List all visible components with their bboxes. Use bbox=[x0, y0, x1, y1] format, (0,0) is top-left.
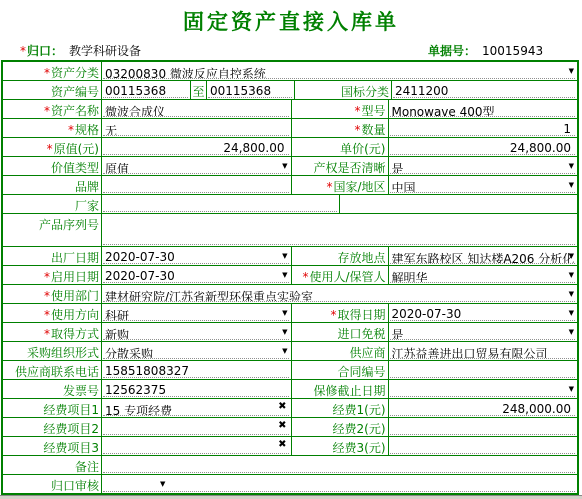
dropdown-arrow-icon[interactable]: ▼ bbox=[282, 272, 287, 279]
custodian-label: 使用人/保管人 bbox=[309, 270, 385, 284]
warranty-date-label: 保修截止日期 bbox=[313, 384, 385, 398]
dropdown-arrow-icon[interactable]: ▼ bbox=[569, 386, 574, 393]
serial-no-cell bbox=[102, 214, 577, 246]
supplier-phone-cell: 15851808327 bbox=[102, 361, 291, 379]
required-marker: * bbox=[44, 327, 50, 341]
purchase-org-cell: 分散采购▼ bbox=[102, 342, 291, 360]
purchase-org-label: 采购组织形式 bbox=[27, 346, 99, 360]
required-marker: * bbox=[44, 308, 50, 322]
fund-item-2-cell: ✖ bbox=[102, 418, 291, 436]
warranty-date-cell: ▼ bbox=[389, 380, 578, 398]
unit-price-label: 单价(元) bbox=[340, 142, 385, 156]
form-row: *使用部门建材研究院/江苏省新型环保重点实验室▼ bbox=[3, 285, 577, 304]
asset-class-label-cell: *资产分类 bbox=[3, 62, 102, 80]
fund-amount-3-input[interactable] bbox=[390, 438, 576, 454]
required-marker: * bbox=[326, 180, 332, 194]
import-tax-free-label-cell: 进口免税 bbox=[291, 323, 389, 341]
spec-input[interactable]: 无 bbox=[103, 120, 289, 136]
national-class-label-cell: 国标分类 bbox=[294, 81, 392, 99]
fund-item-1-value: 15 专项经费 bbox=[105, 404, 172, 416]
value-type-value: 原值 bbox=[105, 162, 129, 174]
dropdown-arrow-icon[interactable]: ▼ bbox=[160, 481, 165, 488]
required-marker: * bbox=[44, 289, 50, 303]
form-row: *资产名称微波合成仪*型号Monowave 400型 bbox=[3, 100, 577, 119]
custodian-label-cell: *使用人/保管人 bbox=[291, 266, 389, 284]
brand-label: 品牌 bbox=[75, 180, 99, 194]
storage-location-label: 存放地点 bbox=[337, 251, 385, 265]
asset-no-to-value: 00115368 bbox=[210, 84, 271, 98]
fund-amount-1-cell: 248,000.00 bbox=[389, 399, 578, 417]
form-row: 经费项目2✖经费2(元) bbox=[3, 418, 577, 437]
contract-no-cell bbox=[389, 361, 578, 379]
invoice-no-value: 12562375 bbox=[105, 383, 166, 397]
dropdown-arrow-icon[interactable]: ▼ bbox=[569, 329, 574, 336]
dropdown-arrow-icon[interactable]: ▼ bbox=[282, 163, 287, 170]
asset-class-label: 资产分类 bbox=[51, 66, 99, 80]
review-label: 归口审核 bbox=[51, 479, 99, 493]
model-cell: Monowave 400型 bbox=[389, 100, 578, 118]
serial-no-label-cell: 产品序列号 bbox=[3, 214, 102, 246]
supplier-phone-value: 15851808327 bbox=[105, 364, 189, 378]
manufacturer-input[interactable] bbox=[103, 196, 337, 212]
form-table: *资产分类03200830 微波反应自控系统▼资产编号00115368至0011… bbox=[1, 60, 579, 495]
supplier-phone-label: 供应商联系电话 bbox=[15, 365, 99, 379]
docno-label: 单据号： bbox=[428, 44, 476, 58]
manufacturer-cell bbox=[102, 195, 339, 213]
start-date-label-cell: *启用日期 bbox=[3, 266, 102, 284]
fund-item-2-input[interactable]: ✖ bbox=[103, 419, 289, 435]
form-row: 采购组织形式分散采购▼供应商江苏益善进出口贸易有限公司 bbox=[3, 342, 577, 361]
page-title: 固定资产直接入库单 bbox=[0, 6, 582, 36]
fund-amount-1-value: 248,000.00 bbox=[502, 402, 571, 416]
form-row: *启用日期2020-07-30▼*使用人/保管人解明华▼ bbox=[3, 266, 577, 285]
using-dept-label-cell: *使用部门 bbox=[3, 285, 102, 303]
factory-date-label-cell: 出厂日期 bbox=[3, 247, 102, 265]
acquire-date-cell: 2020-07-30▼ bbox=[389, 304, 578, 322]
purchase-org-label-cell: 采购组织形式 bbox=[3, 342, 102, 360]
guikou-value: 教学科研设备 bbox=[69, 44, 141, 58]
quantity-cell: 1 bbox=[389, 119, 578, 137]
asset-name-label: 资产名称 bbox=[51, 104, 99, 118]
form-row: 资产编号00115368至00115368国标分类2411200 bbox=[3, 81, 577, 100]
country-combo[interactable]: 中国▼ bbox=[390, 177, 576, 193]
window-bottom-edge bbox=[0, 495, 582, 499]
spec-label: 规格 bbox=[75, 123, 99, 137]
custodian-combo[interactable]: 解明华▼ bbox=[390, 267, 576, 283]
asset-name-label-cell: *资产名称 bbox=[3, 100, 102, 118]
acquire-method-cell: 新购▼ bbox=[102, 323, 291, 341]
factory-date-value: 2020-07-30 bbox=[105, 250, 175, 264]
country-label: 国家/地区 bbox=[333, 180, 385, 194]
contract-no-input[interactable] bbox=[390, 362, 576, 378]
model-label-cell: *型号 bbox=[291, 100, 389, 118]
model-value: Monowave 400型 bbox=[392, 105, 495, 117]
unit-price-label-cell: 单价(元) bbox=[291, 138, 389, 156]
asset-entry-form-window: 固定资产直接入库单 *归口：教学科研设备 单据号：10015943 *资产分类0… bbox=[0, 0, 582, 499]
dropdown-arrow-icon[interactable]: ▼ bbox=[569, 182, 574, 189]
fund-item-2-label: 经费项目2 bbox=[43, 422, 99, 436]
form-row: *取得方式新购▼进口免税是▼ bbox=[3, 323, 577, 342]
dropdown-arrow-icon[interactable]: ▼ bbox=[569, 253, 574, 260]
dropdown-arrow-icon[interactable]: ▼ bbox=[569, 310, 574, 317]
asset-no-from-input[interactable]: 00115368 bbox=[103, 82, 188, 98]
original-value-input[interactable]: 24,800.00 bbox=[103, 139, 289, 155]
original-value-label: 原值(元) bbox=[54, 142, 99, 156]
fund-amount-1-input[interactable]: 248,000.00 bbox=[390, 400, 576, 416]
required-marker: * bbox=[68, 123, 74, 137]
supplier-input[interactable]: 江苏益善进出口贸易有限公司 bbox=[390, 343, 576, 359]
invoice-no-label: 发票号 bbox=[63, 384, 99, 398]
fund-item-2-label-cell: 经费项目2 bbox=[3, 418, 102, 436]
value-type-combo[interactable]: 原值▼ bbox=[103, 158, 289, 174]
fund-item-3-input[interactable]: ✖ bbox=[103, 438, 289, 454]
dropdown-arrow-icon[interactable]: ▼ bbox=[569, 68, 574, 75]
start-date-value: 2020-07-30 bbox=[105, 269, 175, 283]
remarks-label: 备注 bbox=[75, 460, 99, 474]
acquire-date-label: 取得日期 bbox=[337, 308, 385, 322]
import-tax-free-combo[interactable]: 是▼ bbox=[390, 324, 576, 340]
asset-no-from-cell: 00115368 bbox=[102, 81, 190, 99]
brand-label-cell: 品牌 bbox=[3, 176, 102, 194]
unit-price-cell: 24,800.00 bbox=[389, 138, 578, 156]
clear-icon[interactable]: ✖ bbox=[278, 402, 286, 412]
invoice-no-cell: 12562375 bbox=[102, 380, 291, 398]
required-marker: * bbox=[354, 104, 360, 118]
guikou-label: 归口： bbox=[27, 44, 63, 58]
national-class-input[interactable]: 2411200 bbox=[393, 82, 575, 98]
contract-no-label: 合同编号 bbox=[337, 365, 385, 379]
asset-no-to-cell: 00115368 bbox=[207, 81, 294, 99]
property-clear-label: 产权是否清晰 bbox=[313, 161, 385, 175]
form-row: 发票号12562375保修截止日期▼ bbox=[3, 380, 577, 399]
value-type-label-cell: 价值类型 bbox=[3, 157, 102, 175]
national-class-cell: 2411200 bbox=[392, 81, 577, 99]
supplier-value: 江苏益善进出口贸易有限公司 bbox=[392, 347, 548, 359]
clear-icon[interactable]: ✖ bbox=[278, 421, 286, 431]
empty-cell bbox=[339, 195, 577, 213]
quantity-input[interactable]: 1 bbox=[390, 120, 576, 136]
dropdown-arrow-icon[interactable]: ▼ bbox=[282, 310, 287, 317]
required-marker: * bbox=[20, 44, 26, 58]
required-marker: * bbox=[47, 142, 53, 156]
fund-item-1-cell: 15 专项经费✖ bbox=[102, 399, 291, 417]
manufacturer-label: 厂家 bbox=[75, 199, 99, 213]
asset-class-value: 03200830 微波反应自控系统 bbox=[105, 67, 266, 79]
form-row: 备注 bbox=[3, 456, 577, 475]
using-dept-value: 建材研究院/江苏省新型环保重点实验室 bbox=[105, 290, 313, 302]
form-row: 厂家 bbox=[3, 195, 577, 214]
asset-no-label-cell: 资产编号 bbox=[3, 81, 102, 99]
property-clear-value: 是 bbox=[392, 162, 404, 174]
dropdown-arrow-icon[interactable]: ▼ bbox=[569, 163, 574, 170]
dropdown-arrow-icon[interactable]: ▼ bbox=[569, 272, 574, 279]
usage-direction-cell: 科研▼ bbox=[102, 304, 291, 322]
form-row: *资产分类03200830 微波反应自控系统▼ bbox=[3, 62, 577, 81]
start-date-combo[interactable]: 2020-07-30▼ bbox=[103, 267, 289, 283]
model-label: 型号 bbox=[361, 104, 385, 118]
remarks-input[interactable] bbox=[103, 457, 575, 473]
clear-icon[interactable]: ✖ bbox=[278, 440, 286, 450]
acquire-date-combo[interactable]: 2020-07-30▼ bbox=[390, 305, 576, 321]
factory-date-label: 出厂日期 bbox=[51, 251, 99, 265]
form-row: *规格无*数量1 bbox=[3, 119, 577, 138]
warranty-date-label-cell: 保修截止日期 bbox=[291, 380, 389, 398]
storage-location-combo[interactable]: 建军东路校区 知达楼A206 分析化▼ bbox=[390, 248, 576, 264]
form-row: 产品序列号 bbox=[3, 214, 577, 247]
fund-amount-1-label: 经费1(元) bbox=[333, 403, 386, 417]
review-cell: ▼ bbox=[102, 475, 577, 493]
property-clear-combo[interactable]: 是▼ bbox=[390, 158, 576, 174]
fund-item-1-input[interactable]: 15 专项经费✖ bbox=[103, 400, 289, 416]
remarks-label-cell: 备注 bbox=[3, 456, 102, 474]
warranty-date-combo[interactable]: ▼ bbox=[390, 381, 576, 397]
national-class-label: 国标分类 bbox=[341, 85, 389, 99]
dropdown-arrow-icon[interactable]: ▼ bbox=[282, 253, 287, 260]
usage-direction-combo[interactable]: 科研▼ bbox=[103, 305, 289, 321]
fund-amount-3-label: 经费3(元) bbox=[333, 441, 386, 455]
import-tax-free-label: 进口免税 bbox=[337, 327, 385, 341]
asset-no-to-input[interactable]: 00115368 bbox=[208, 82, 292, 98]
fund-amount-3-cell bbox=[389, 437, 578, 455]
asset-name-cell: 微波合成仪 bbox=[102, 100, 291, 118]
asset-class-combo[interactable]: 03200830 微波反应自控系统▼ bbox=[103, 63, 575, 79]
docno-field: 单据号：10015943 bbox=[428, 42, 543, 59]
national-class-value: 2411200 bbox=[395, 84, 448, 98]
contract-no-label-cell: 合同编号 bbox=[291, 361, 389, 379]
required-marker: * bbox=[44, 104, 50, 118]
form-row: 品牌*国家/地区中国▼ bbox=[3, 176, 577, 195]
required-marker: * bbox=[44, 270, 50, 284]
property-clear-label-cell: 产权是否清晰 bbox=[291, 157, 389, 175]
model-input[interactable]: Monowave 400型 bbox=[390, 101, 576, 117]
fund-item-3-cell: ✖ bbox=[102, 437, 291, 455]
manufacturer-label-cell: 厂家 bbox=[3, 195, 102, 213]
fund-amount-3-label-cell: 经费3(元) bbox=[291, 437, 389, 455]
dropdown-arrow-icon[interactable]: ▼ bbox=[282, 329, 287, 336]
acquire-method-label-cell: *取得方式 bbox=[3, 323, 102, 341]
form-row: 供应商联系电话15851808327合同编号 bbox=[3, 361, 577, 380]
storage-location-label-cell: 存放地点 bbox=[291, 247, 389, 265]
country-label-cell: *国家/地区 bbox=[291, 176, 389, 194]
supplier-cell: 江苏益善进出口贸易有限公司 bbox=[389, 342, 578, 360]
original-value-label-cell: *原值(元) bbox=[3, 138, 102, 156]
fund-amount-2-cell bbox=[389, 418, 578, 436]
fund-item-1-label: 经费项目1 bbox=[43, 403, 99, 417]
fund-item-1-label-cell: 经费项目1 bbox=[3, 399, 102, 417]
required-marker: * bbox=[302, 270, 308, 284]
form-row: 经费项目115 专项经费✖经费1(元)248,000.00 bbox=[3, 399, 577, 418]
purchase-org-combo[interactable]: 分散采购▼ bbox=[103, 343, 289, 359]
form-row: *使用方向科研▼*取得日期2020-07-30▼ bbox=[3, 304, 577, 323]
acquire-date-value: 2020-07-30 bbox=[392, 307, 462, 321]
fund-item-3-label-cell: 经费项目3 bbox=[3, 437, 102, 455]
import-tax-free-value: 是 bbox=[392, 328, 404, 340]
required-marker: * bbox=[330, 308, 336, 322]
spec-cell: 无 bbox=[102, 119, 291, 137]
required-marker: * bbox=[44, 66, 50, 80]
acquire-method-value: 新购 bbox=[105, 328, 129, 340]
quantity-label-cell: *数量 bbox=[291, 119, 389, 137]
value-type-label: 价值类型 bbox=[51, 161, 99, 175]
remarks-cell bbox=[102, 456, 577, 474]
using-dept-cell: 建材研究院/江苏省新型环保重点实验室▼ bbox=[102, 285, 577, 303]
spec-label-cell: *规格 bbox=[3, 119, 102, 137]
form-row: 归口审核▼ bbox=[3, 475, 577, 493]
guikou-field: *归口：教学科研设备 bbox=[20, 42, 141, 59]
using-dept-label: 使用部门 bbox=[51, 289, 99, 303]
fund-amount-1-label-cell: 经费1(元) bbox=[291, 399, 389, 417]
factory-date-combo[interactable]: 2020-07-30▼ bbox=[103, 248, 289, 264]
fund-amount-2-input[interactable] bbox=[390, 419, 576, 435]
original-value-cell: 24,800.00 bbox=[102, 138, 291, 156]
asset-name-value: 微波合成仪 bbox=[105, 105, 165, 117]
country-cell: 中国▼ bbox=[389, 176, 578, 194]
using-dept-combo[interactable]: 建材研究院/江苏省新型环保重点实验室▼ bbox=[103, 286, 575, 302]
asset-class-cell: 03200830 微波反应自控系统▼ bbox=[102, 62, 577, 80]
serial-no-label: 产品序列号 bbox=[39, 218, 99, 232]
unit-price-input[interactable]: 24,800.00 bbox=[390, 139, 576, 155]
custodian-value: 解明华 bbox=[392, 271, 428, 283]
asset-name-input[interactable]: 微波合成仪 bbox=[103, 101, 289, 117]
dropdown-arrow-icon[interactable]: ▼ bbox=[569, 291, 574, 298]
usage-direction-label-cell: *使用方向 bbox=[3, 304, 102, 322]
range-separator: 至 bbox=[190, 81, 207, 99]
brand-cell bbox=[102, 176, 291, 194]
start-date-label: 启用日期 bbox=[51, 270, 99, 284]
property-clear-cell: 是▼ bbox=[389, 157, 578, 175]
storage-location-value: 建军东路校区 知达楼A206 分析化 bbox=[392, 252, 575, 264]
value-type-cell: 原值▼ bbox=[102, 157, 291, 175]
docno-value: 10015943 bbox=[482, 44, 543, 58]
factory-date-cell: 2020-07-30▼ bbox=[102, 247, 291, 265]
asset-no-label: 资产编号 bbox=[51, 85, 99, 99]
original-value-value: 24,800.00 bbox=[223, 141, 284, 155]
fund-amount-2-label-cell: 经费2(元) bbox=[291, 418, 389, 436]
serial-no-input[interactable] bbox=[103, 215, 575, 245]
quantity-label: 数量 bbox=[361, 123, 385, 137]
acquire-method-combo[interactable]: 新购▼ bbox=[103, 324, 289, 340]
form-header: *归口：教学科研设备 单据号：10015943 bbox=[0, 42, 582, 58]
review-label-cell: 归口审核 bbox=[3, 475, 102, 493]
supplier-phone-input[interactable]: 15851808327 bbox=[103, 362, 289, 378]
form-row: *原值(元)24,800.00单价(元)24,800.00 bbox=[3, 138, 577, 157]
form-row: 出厂日期2020-07-30▼存放地点建军东路校区 知达楼A206 分析化▼ bbox=[3, 247, 577, 266]
country-value: 中国 bbox=[392, 181, 416, 193]
storage-location-cell: 建军东路校区 知达楼A206 分析化▼ bbox=[389, 247, 578, 265]
purchase-org-value: 分散采购 bbox=[105, 347, 153, 359]
unit-price-value: 24,800.00 bbox=[510, 141, 571, 155]
review-combo[interactable]: ▼ bbox=[103, 476, 575, 492]
start-date-cell: 2020-07-30▼ bbox=[102, 266, 291, 284]
form-row: 经费项目3✖经费3(元) bbox=[3, 437, 577, 456]
supplier-label-cell: 供应商 bbox=[291, 342, 389, 360]
custodian-cell: 解明华▼ bbox=[389, 266, 578, 284]
import-tax-free-cell: 是▼ bbox=[389, 323, 578, 341]
usage-direction-label: 使用方向 bbox=[51, 308, 99, 322]
acquire-method-label: 取得方式 bbox=[51, 327, 99, 341]
invoice-no-label-cell: 发票号 bbox=[3, 380, 102, 398]
required-marker: * bbox=[354, 123, 360, 137]
usage-direction-value: 科研 bbox=[105, 309, 129, 321]
supplier-label: 供应商 bbox=[349, 346, 385, 360]
invoice-no-input[interactable]: 12562375 bbox=[103, 381, 289, 397]
quantity-value: 1 bbox=[563, 122, 571, 136]
supplier-phone-label-cell: 供应商联系电话 bbox=[3, 361, 102, 379]
fund-item-3-label: 经费项目3 bbox=[43, 441, 99, 455]
form-row: 价值类型原值▼产权是否清晰是▼ bbox=[3, 157, 577, 176]
asset-no-from-value: 00115368 bbox=[105, 84, 166, 98]
brand-input[interactable] bbox=[103, 177, 289, 193]
spec-value: 无 bbox=[105, 124, 117, 136]
fund-amount-2-label: 经费2(元) bbox=[333, 422, 386, 436]
acquire-date-label-cell: *取得日期 bbox=[291, 304, 389, 322]
dropdown-arrow-icon[interactable]: ▼ bbox=[282, 348, 287, 355]
